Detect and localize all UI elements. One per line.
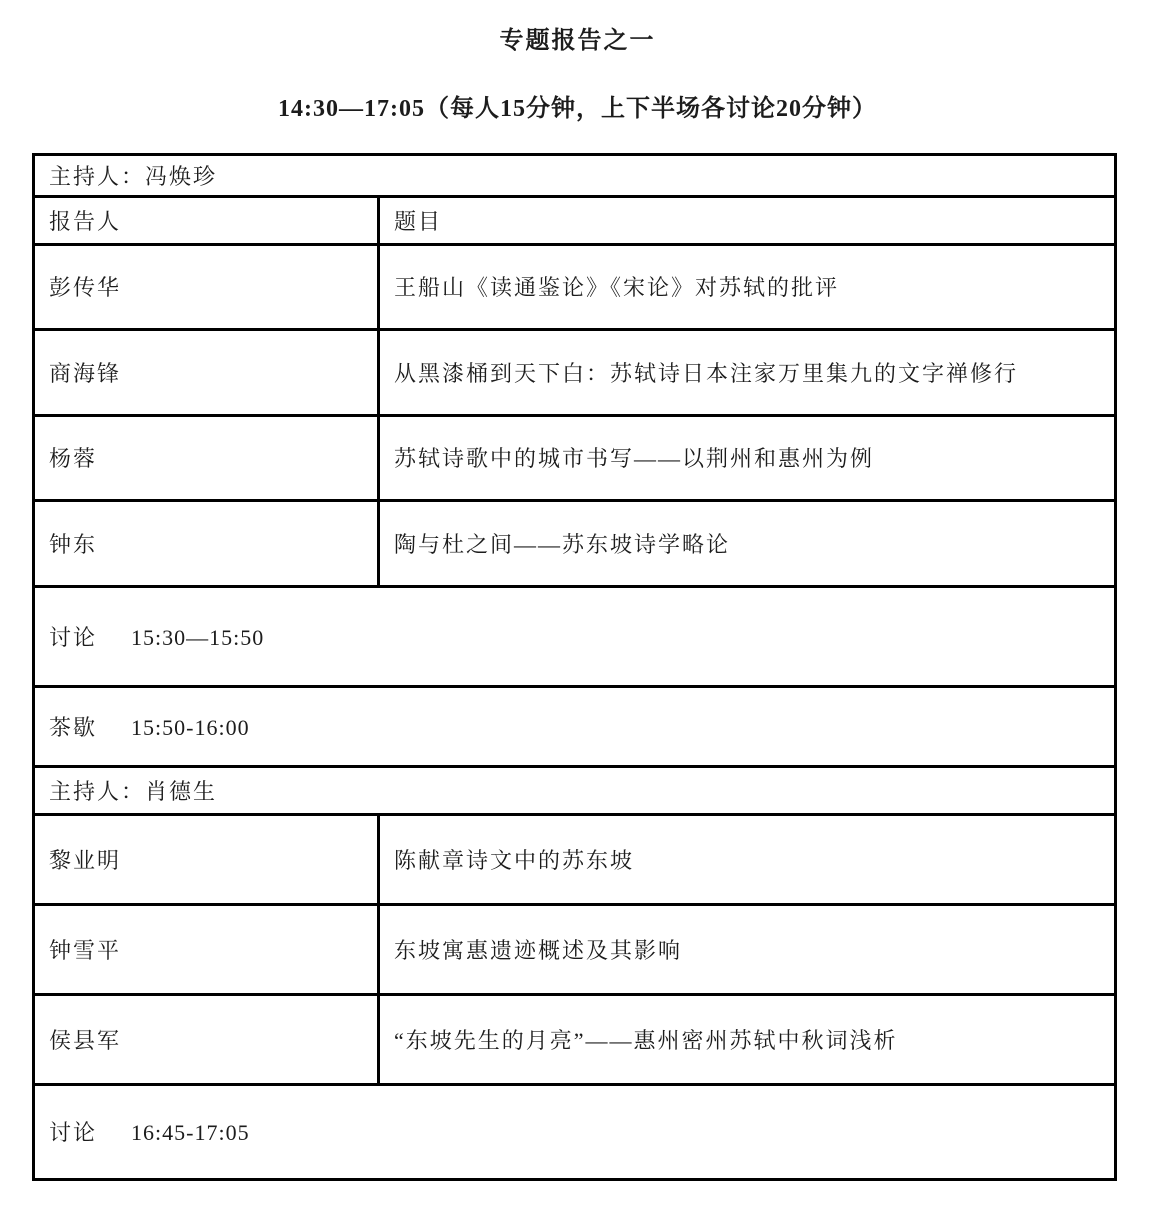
topic-cell: 苏轼诗歌中的城市书写——以荆州和惠州为例 (379, 415, 1116, 500)
session-schedule-table: 主持人：冯焕珍 报告人 题目 彭传华 王船山《读通鉴论》《宋论》对苏轼的批评 商… (32, 153, 1117, 1181)
page-title: 专题报告之一 (0, 0, 1155, 54)
presenter-row: 黎业明 陈献章诗文中的苏东坡 (34, 814, 1116, 904)
topic-cell: 陈献章诗文中的苏东坡 (379, 814, 1116, 904)
tea-break-label: 茶歇 (49, 715, 97, 740)
topic-cell: 从黑漆桶到天下白：苏轼诗日本注家万里集九的文字禅修行 (379, 329, 1116, 415)
topic-cell: “东坡先生的月亮”——惠州密州苏轼中秋词浅析 (379, 994, 1116, 1084)
presenter-row: 彭传华 王船山《读通鉴论》《宋论》对苏轼的批评 (34, 244, 1116, 329)
discussion-time: 15:30—15:50 (131, 625, 264, 650)
tea-break-time: 15:50-16:00 (131, 715, 250, 740)
presenter-name-cell: 钟雪平 (34, 904, 379, 994)
tea-break-cell: 茶歇15:50-16:00 (34, 686, 1116, 766)
moderator-row: 主持人：冯焕珍 (34, 154, 1116, 196)
header-presenter-cell: 报告人 (34, 196, 379, 244)
document-page: 专题报告之一 14:30—17:05（每人15分钟，上下半场各讨论20分钟） 主… (0, 0, 1155, 1227)
discussion-row: 讨论15:30—15:50 (34, 586, 1116, 686)
tea-break-row: 茶歇15:50-16:00 (34, 686, 1116, 766)
header-topic-cell: 题目 (379, 196, 1116, 244)
presenter-row: 商海锋 从黑漆桶到天下白：苏轼诗日本注家万里集九的文字禅修行 (34, 329, 1116, 415)
presenter-row: 杨蓉 苏轼诗歌中的城市书写——以荆州和惠州为例 (34, 415, 1116, 500)
presenter-row: 钟雪平 东坡寓惠遗迹概述及其影响 (34, 904, 1116, 994)
discussion-cell: 讨论15:30—15:50 (34, 586, 1116, 686)
discussion-label: 讨论 (49, 1120, 97, 1145)
table-header-row: 报告人 题目 (34, 196, 1116, 244)
moderator-cell: 主持人：冯焕珍 (34, 154, 1116, 196)
presenter-row: 侯县军 “东坡先生的月亮”——惠州密州苏轼中秋词浅析 (34, 994, 1116, 1084)
moderator-row: 主持人：肖德生 (34, 766, 1116, 814)
topic-cell: 陶与杜之间——苏东坡诗学略论 (379, 500, 1116, 586)
discussion-row: 讨论16:45-17:05 (34, 1084, 1116, 1179)
presenter-name-cell: 杨蓉 (34, 415, 379, 500)
session-time-subtitle: 14:30—17:05（每人15分钟，上下半场各讨论20分钟） (0, 96, 1155, 122)
presenter-name-cell: 黎业明 (34, 814, 379, 904)
moderator-cell: 主持人：肖德生 (34, 766, 1116, 814)
topic-cell: 东坡寓惠遗迹概述及其影响 (379, 904, 1116, 994)
presenter-row: 钟东 陶与杜之间——苏东坡诗学略论 (34, 500, 1116, 586)
presenter-name-cell: 侯县军 (34, 994, 379, 1084)
discussion-cell: 讨论16:45-17:05 (34, 1084, 1116, 1179)
discussion-label: 讨论 (49, 625, 97, 650)
presenter-name-cell: 彭传华 (34, 244, 379, 329)
presenter-name-cell: 商海锋 (34, 329, 379, 415)
discussion-time: 16:45-17:05 (131, 1120, 250, 1145)
presenter-name-cell: 钟东 (34, 500, 379, 586)
topic-cell: 王船山《读通鉴论》《宋论》对苏轼的批评 (379, 244, 1116, 329)
